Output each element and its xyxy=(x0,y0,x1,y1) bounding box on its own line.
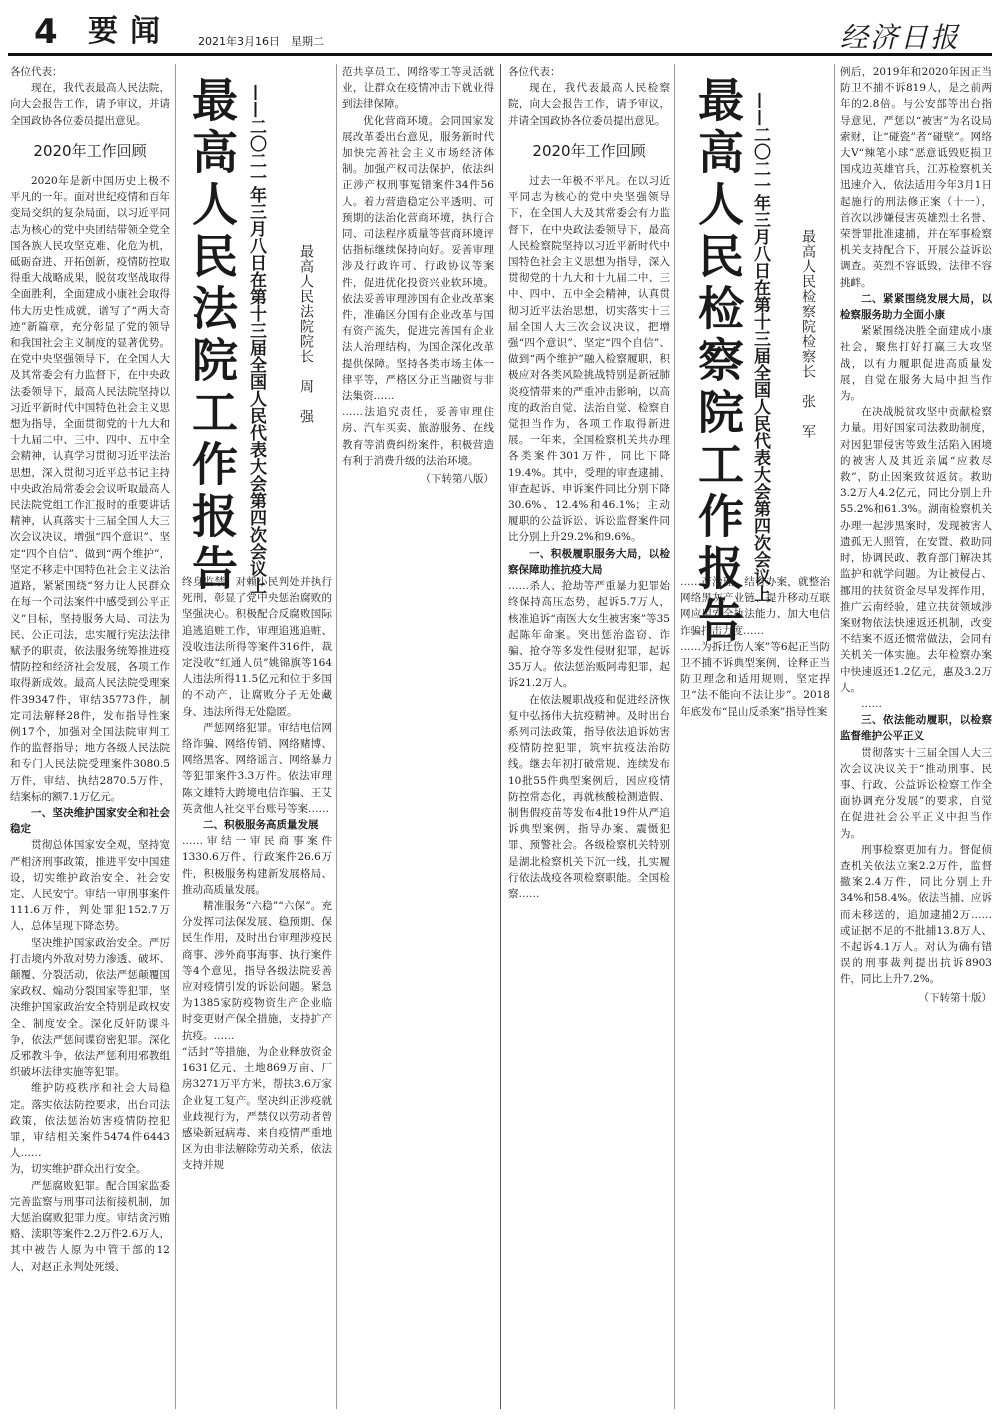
subsection-heading: 二、积极服务高质量发展 xyxy=(182,817,332,833)
subsection-heading: 三、依法能动履职，以检察监督维护公平正义 xyxy=(840,712,992,744)
column-divider xyxy=(175,64,176,1409)
report-author: 最高人民检察院检察长 张 军 xyxy=(798,229,818,439)
paragraph: 终身监禁，对赖小民判处并执行死刑，彰显了党中央惩治腐败的坚强决心。积极配合反腐败… xyxy=(182,574,332,720)
masthead: 4 要闻 2021年3月16日 星期二 经济日报 xyxy=(0,0,1000,56)
masthead-rule xyxy=(8,53,992,56)
paragraph: 刑事检察更加有力。督促侦查机关依法立案2.2万件，监督撤案2.4万件，同比分别上… xyxy=(840,842,992,988)
center-divider xyxy=(500,64,501,1409)
court-col-3: 范共享员工、网络零工等灵活就业，让群众在疫情冲击下就业得到法律保障。 优化营商环… xyxy=(342,64,494,1409)
paragraph: 贯彻落实十三届全国人大三次会议决议关于“推动刑事、民事、行政、公益诉讼检察工作全… xyxy=(840,745,992,842)
paragraph: 维护防疫秩序和社会大局稳定。落实依法防控要求，出台司法政策，依法惩治妨害疫情防控… xyxy=(10,1080,170,1161)
paragraph: ……审结一审民商事案件1330.6万件、行政案件26.6万件，积极服务构建新发展… xyxy=(182,833,332,898)
section-heading: 2020年工作回顾 xyxy=(10,143,170,159)
paragraph: 严惩网络犯罪。审结电信网络诈骗、网络传销、网络赌博、网络黑客、网络谣言、网络暴力… xyxy=(182,720,332,817)
paragraph: 过去一年极不平凡。在以习近平同志为核心的党中央坚强领导下，在全国人大及其常委会有… xyxy=(508,173,670,546)
paragraph: 优化营商环境。会同国家发展改革委出台意见，服务新时代加快完善社会主义市场经济体制… xyxy=(342,113,494,405)
paragraph: 坚决维护国家政治安全。严厉打击境内外敌对势力渗透、破坏、颠覆、分裂活动，依法严惩… xyxy=(10,935,170,1081)
column-divider xyxy=(336,64,337,1409)
procuratorate-report: 各位代表： 现在，我代表最高人民检察院，向大会报告工作，请予审议，并请全国政协各… xyxy=(508,64,992,1409)
continued-note: （下转第八版） xyxy=(342,471,494,487)
court-col-1: 各位代表： 现在，我代表最高人民法院，向大会报告工作，请予审议，并请全国政协各位… xyxy=(10,64,170,1409)
paragraph: 为，切实维护群众出行安全。 xyxy=(10,1161,170,1177)
section-name: 要闻 xyxy=(88,14,172,50)
section-heading: 2020年工作回顾 xyxy=(508,143,670,159)
intro: 现在，我代表最高人民检察院，向大会报告工作，请予审议，并请全国政协各位委员提出意… xyxy=(508,80,670,129)
paragraph: …… xyxy=(840,696,992,712)
subsection-heading: 二、紧紧围绕发展大局，以检察服务助力全面小康 xyxy=(840,291,992,323)
procuratorate-col-2: ……产治理。结合办案，就整治网络黑灰产业链、提升移动互联网应用安全执法能力、加大… xyxy=(680,574,830,1409)
subsection-heading: 一、积极履职服务大局，以检察保障助推抗疫大局 xyxy=(508,546,670,578)
paragraph: ……法追究责任，妥善审理住房、汽车买卖、旅游服务、在线教育等消费纠纷案件，积极营… xyxy=(342,404,494,469)
report-subtitle: ——二〇二一年三月八日在第十三届全国人民代表大会第四次会议上 xyxy=(244,84,269,594)
report-title: 最高人民检察院工作报告 xyxy=(692,76,744,648)
court-col-2: 终身监禁，对赖小民判处并执行死刑，彰显了党中央惩治腐败的坚强决心。积极配合反腐败… xyxy=(182,574,332,1409)
paragraph: ……杀人、抢劫等严重暴力犯罪始终保持高压态势，起诉5.7万人，核准追诉“南医大女… xyxy=(508,578,670,691)
continued-note: （下转第十版） xyxy=(840,990,992,1006)
paragraph: “活封”等措施，为企业释放资金1631亿元、土地869万亩、厂房3271万平方米… xyxy=(182,1044,332,1174)
page-number: 4 xyxy=(34,14,58,50)
intro: 现在，我代表最高人民法院，向大会报告工作，请予审议，并请全国政协各位委员提出意见… xyxy=(10,80,170,129)
procuratorate-col-3: 例后，2019年和2020年因正当防卫不捕不诉819人，是之前两年的2.8倍。与… xyxy=(840,64,992,1409)
greeting: 各位代表： xyxy=(508,64,670,80)
issue-date: 2021年3月16日 星期二 xyxy=(198,33,324,49)
paragraph: ……为拆迁伤人案”等6起正当防卫不捕不诉典型案例，诠释正当防卫理念和适用规则，坚… xyxy=(680,639,830,720)
paragraph: 贯彻总体国家安全观，坚持宽严相济刑事政策，推进平安中国建设，切实维护政治安全、社… xyxy=(10,837,170,934)
paragraph: 精准服务“六稳”“六保”。充分发挥司法保发展、稳预期、保民生作用，及时出台审理涉… xyxy=(182,898,332,1044)
column-divider xyxy=(674,64,675,1409)
newspaper-logo: 经济日报 xyxy=(840,16,960,56)
greeting: 各位代表： xyxy=(10,64,170,80)
report-title: 最高人民法院工作报告 xyxy=(186,76,238,596)
paragraph: 严惩腐败犯罪。配合国家监委完善监察与刑事司法衔接机制，加大惩治腐败犯罪力度。审结… xyxy=(10,1178,170,1275)
paragraph: 紧紧围绕决胜全面建成小康社会，聚焦打好打赢三大攻坚战，以有力履职促进高质量发展，… xyxy=(840,323,992,404)
paragraph: 在依法履职战疫和促进经济恢复中弘扬伟大抗疫精神。及时出台系列司法政策，指导依法追… xyxy=(508,692,670,903)
column-divider xyxy=(834,64,835,1409)
paragraph: 在决战脱贫攻坚中贡献检察力量。用好国家司法救助制度，对因犯罪侵害等致生活陷入困境… xyxy=(840,404,992,696)
report-subtitle: ——二〇二一年三月八日在第十三届全国人民代表大会第四次会议上 xyxy=(748,92,773,602)
paragraph: 例后，2019年和2020年因正当防卫不捕不诉819人，是之前两年的2.8倍。与… xyxy=(840,64,992,291)
procuratorate-col-1: 各位代表： 现在，我代表最高人民检察院，向大会报告工作，请予审议，并请全国政协各… xyxy=(508,64,670,1409)
paragraph: 范共享员工、网络零工等灵活就业，让群众在疫情冲击下就业得到法律保障。 xyxy=(342,64,494,113)
report-author: 最高人民法院院长 周 强 xyxy=(296,244,316,424)
paragraph: ……产治理。结合办案，就整治网络黑灰产业链、提升移动互联网应用安全执法能力、加大… xyxy=(680,574,830,639)
paragraph: 2020年是新中国历史上极不平凡的一年。面对世纪疫情和百年变局交织的复杂局面，以… xyxy=(10,173,170,805)
court-report: 各位代表： 现在，我代表最高人民法院，向大会报告工作，请予审议，并请全国政协各位… xyxy=(10,64,494,1409)
subsection-heading: 一、坚决维护国家安全和社会稳定 xyxy=(10,805,170,837)
